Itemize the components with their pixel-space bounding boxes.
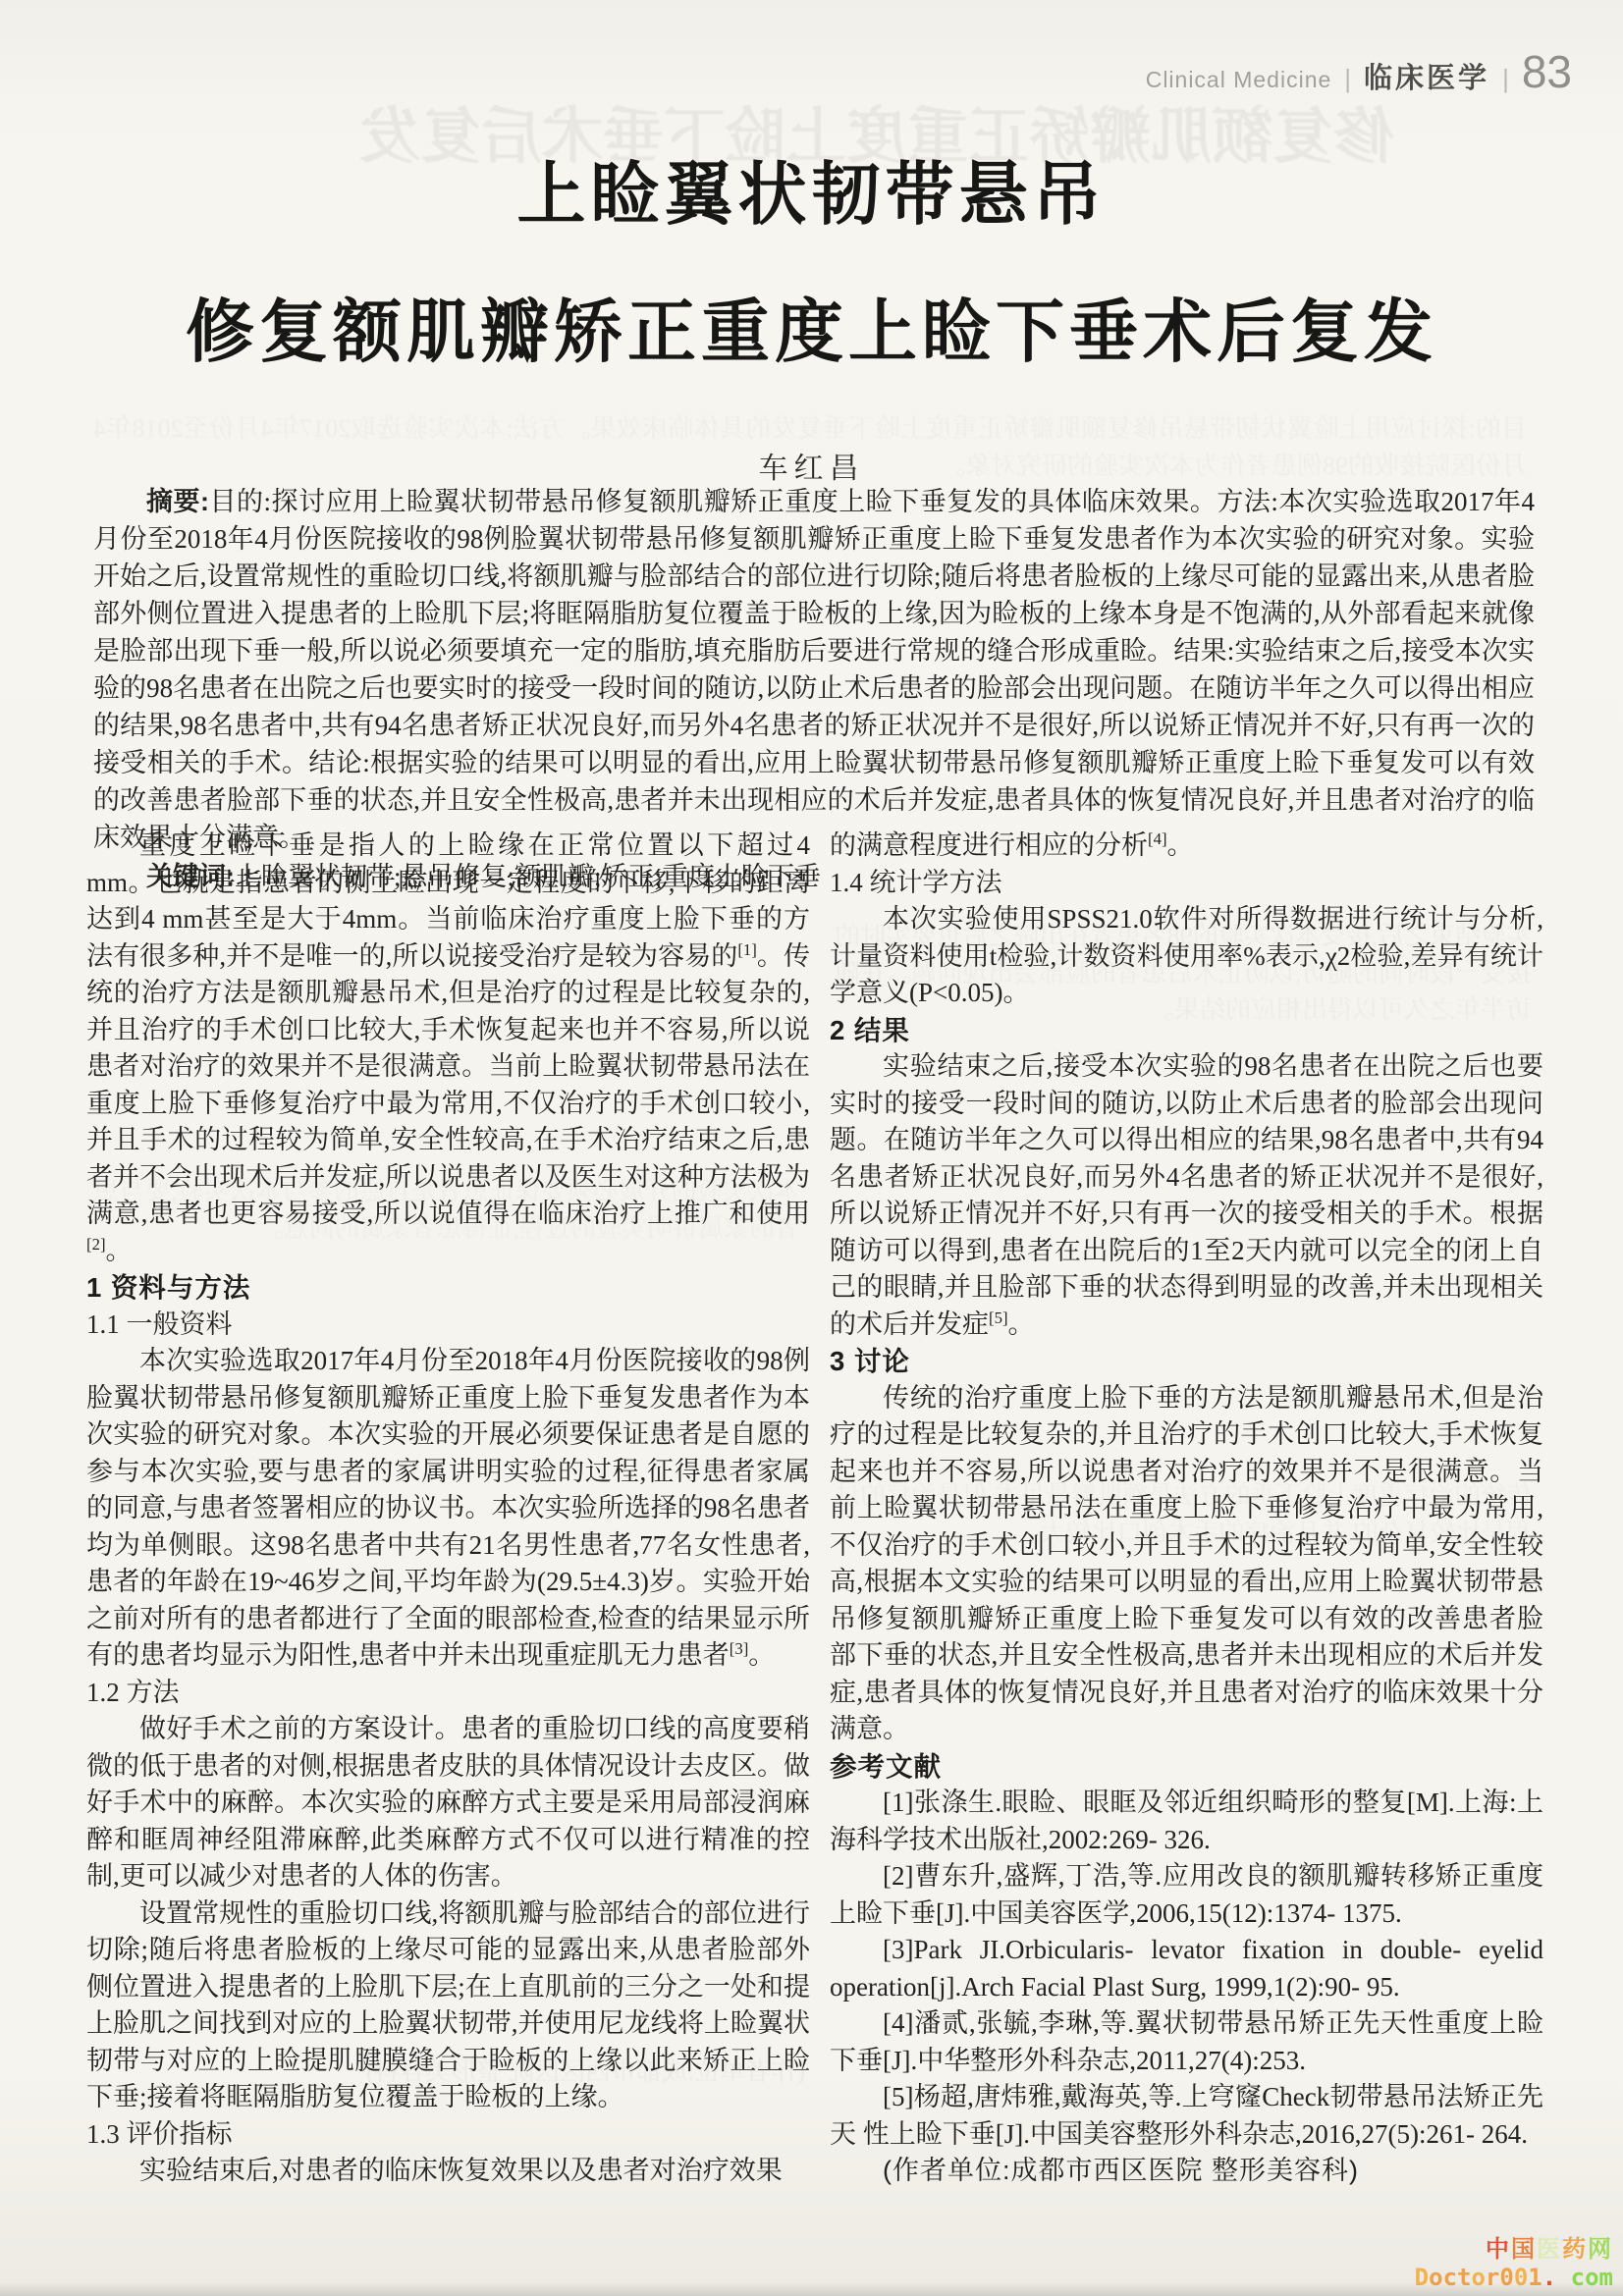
section-heading: 1 资料与方法: [86, 1269, 810, 1307]
reference-item: [5]杨超,唐炜雅,戴海英,等.上穹窿Check韧带悬吊法矫正先天 性上睑下垂[…: [830, 2079, 1543, 2153]
right-column: 的满意程度进行相应的分析[4]。1.4 统计学方法本次实验使用SPSS21.0软…: [830, 828, 1543, 2190]
body-paragraph: 传统的治疗重度上脸下垂的方法是额肌瓣悬吊术,但是治疗的过程是比较复杂的,并且治疗…: [830, 1380, 1543, 1748]
reference-item: [2]曹东升,盛辉,丁浩,等.应用改良的额肌瓣转移矫正重度上睑下垂[J].中国美…: [830, 1858, 1543, 1932]
author-affiliation: (作者单位:成都市西区医院 整形美容科): [830, 2153, 1543, 2190]
body-paragraph: 本次实验使用SPSS21.0软件对所得数据进行统计与分析,计量资料使用t检验,计…: [830, 901, 1543, 1012]
section-heading: 参考文献: [830, 1748, 1543, 1786]
section-heading: 3 讨论: [830, 1343, 1543, 1380]
scanned-journal-page: { "header": { "journal_en": "Clinical Me…: [0, 0, 1623, 2296]
citation-superscript: [1]: [737, 940, 757, 959]
subsection-heading: 1.4 统计学方法: [830, 865, 1543, 902]
body-paragraph: 本次实验选取2017年4月份至2018年4月份医院接收的98例脸翼状韧带悬吊修复…: [86, 1343, 810, 1675]
watermark-chinese: 中国医药网: [1415, 2235, 1613, 2264]
body-paragraph: 实验结束之后,接受本次实验的98名患者在出院之后也要实时的接受一段时间的随访,以…: [830, 1048, 1543, 1343]
body-paragraph: 的满意程度进行相应的分析[4]。: [830, 828, 1543, 865]
reference-item: [3]Park JI.Orbicularis- levator fixation…: [830, 1932, 1543, 2005]
watermark-char: 国: [1511, 2236, 1537, 2263]
article-title: 上睑翼状韧带悬吊 修复额肌瓣矫正重度上睑下垂术后复发: [0, 128, 1623, 402]
journal-name-english: Clinical Medicine: [1146, 67, 1332, 93]
article-title-line1: 上睑翼状韧带悬吊: [0, 128, 1623, 265]
subsection-heading: 1.2 方法: [86, 1675, 810, 1712]
left-column: 重度上睑下垂是指人的上睑缘在正常位置以下超过4 mm。也就是指患者的侧上睑出现一…: [86, 828, 810, 2190]
author-name: 车红昌: [0, 444, 1623, 487]
abstract-label: 摘要:: [146, 487, 209, 516]
citation-superscript: [2]: [86, 1235, 106, 1254]
reference-item: [4]潘贰,张毓,李琳,等.翼状韧带悬吊矫正先天性重度上睑下垂[J].中华整形外…: [830, 2005, 1543, 2079]
body-paragraph: 做好手术之前的方案设计。患者的重脸切口线的高度要稍微的低于患者的对侧,根据患者皮…: [86, 1711, 810, 1896]
watermark-char: 中: [1486, 2236, 1511, 2263]
header-divider: |: [1502, 64, 1509, 94]
reference-item: [1]张涤生.眼睑、眼眶及邻近组织畸形的整复[M].上海:上海科学技术出版社,2…: [830, 1785, 1543, 1858]
header-divider: |: [1344, 64, 1351, 94]
body-paragraph: 实验结束后,对患者的临床恢复效果以及患者对治疗效果: [86, 2153, 810, 2190]
watermark-char: 药: [1562, 2236, 1588, 2263]
journal-section-chinese: 临床医学: [1364, 56, 1489, 96]
page-number: 83: [1522, 45, 1572, 98]
body-paragraph: 重度上睑下垂是指人的上睑缘在正常位置以下超过4 mm。也就是指患者的侧上睑出现一…: [86, 828, 810, 1269]
watermark-char: 网: [1588, 2236, 1613, 2263]
page-header: Clinical Medicine | 临床医学 | 83: [1146, 45, 1572, 98]
watermark-char: 医: [1537, 2236, 1562, 2263]
abstract-text: 目的:探讨应用上睑翼状韧带悬吊修复额肌瓣矫正重度上睑下垂复发的具体临床效果。方法…: [93, 487, 1535, 852]
abstract-paragraph: 摘要:目的:探讨应用上睑翼状韧带悬吊修复额肌瓣矫正重度上睑下垂复发的具体临床效果…: [93, 483, 1535, 856]
scan-edge-shadow: [0, 2282, 1623, 2296]
citation-superscript: [5]: [989, 1308, 1008, 1327]
body-paragraph: 设置常规性的重脸切口线,将额肌瓣与脸部结合的部位进行切除;随后将患者脸板的上缘尽…: [86, 1896, 810, 2116]
citation-superscript: [3]: [730, 1639, 749, 1658]
citation-superscript: [4]: [1148, 829, 1167, 848]
section-heading: 2 结果: [830, 1012, 1543, 1049]
subsection-heading: 1.3 评价指标: [86, 2116, 810, 2154]
subsection-heading: 1.1 一般资料: [86, 1307, 810, 1344]
article-title-line2: 修复额肌瓣矫正重度上睑下垂术后复发: [0, 265, 1623, 402]
